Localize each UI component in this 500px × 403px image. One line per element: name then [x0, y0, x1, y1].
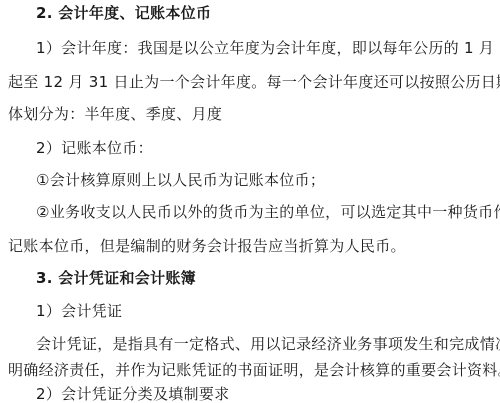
section-heading: 2. 会计年度、记账本位币 [36, 3, 211, 23]
paragraph-line: 会计凭证，是指具有一定格式、用以记录经济业务事项发生和完成情况， [36, 334, 500, 354]
section-heading: 3. 会计凭证和会计账簿 [36, 268, 196, 288]
paragraph-line: 2）记账本位币： [36, 138, 153, 158]
paragraph-line: ①会计核算原则上以人民币为记账本位币； [36, 170, 325, 190]
paragraph-line: 起至 12 月 31 日止为一个会计年度。每一个会计年度还可以按照公历日期具 [8, 72, 500, 92]
paragraph-line: 1）会计年度：我国是以公立年度为会计年度，即以每年公历的 1 月 1 日 [36, 38, 500, 58]
paragraph-line: 明确经济责任，并作为记账凭证的书面证明，是会计核算的重要会计资料。 [8, 360, 500, 380]
paragraph-line: 1）会计凭证 [36, 301, 122, 321]
paragraph-line: 2）会计凭证分类及填制要求 [36, 384, 229, 403]
paragraph-line: 记账本位币，但是编制的财务会计报告应当折算为人民币。 [8, 236, 406, 256]
paragraph-line: ②业务收支以人民币以外的货币为主的单位，可以选定其中一种货币作为 [36, 202, 500, 222]
paragraph-line: 体划分为：半年度、季度、月度 [8, 104, 222, 124]
